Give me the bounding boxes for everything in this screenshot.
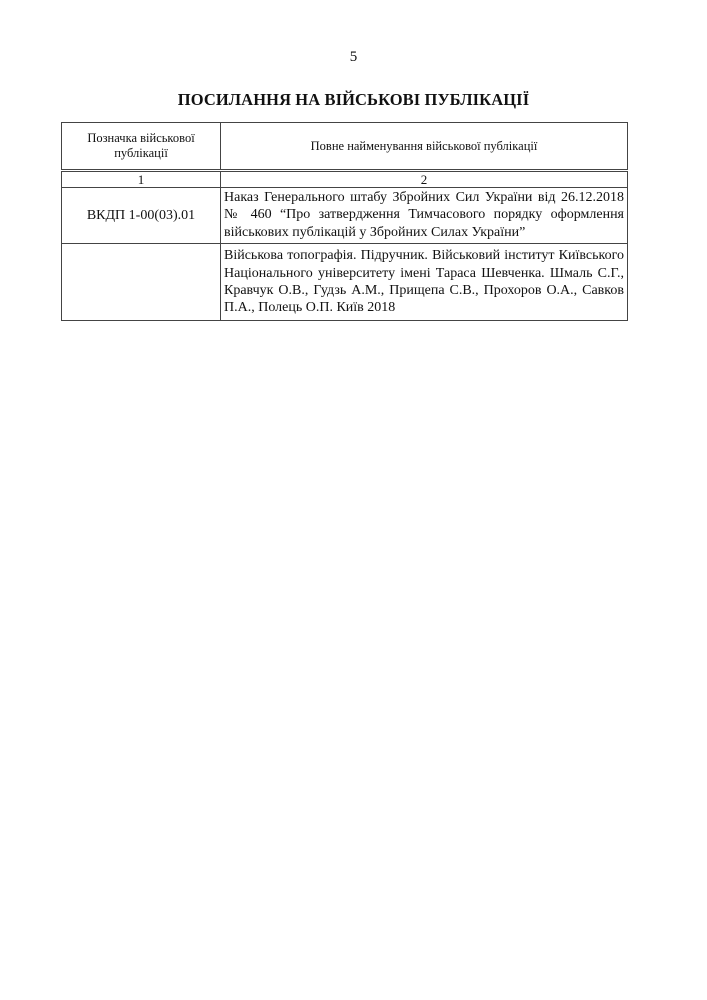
row-full-name: Наказ Генерального штабу Збройних Сил Ук… <box>221 188 628 244</box>
column-number-2: 2 <box>221 171 628 188</box>
table-row: Військова топографія. Підручник. Військо… <box>62 244 628 321</box>
row-designation: ВКДП 1-00(03).01 <box>62 188 221 244</box>
row-designation <box>62 244 221 321</box>
table-row: ВКДП 1-00(03).01 Наказ Генерального штаб… <box>62 188 628 244</box>
publications-table: Позначка військової публікації Повне най… <box>61 122 628 321</box>
column-number-row: 1 2 <box>62 171 628 188</box>
column-number-1: 1 <box>62 171 221 188</box>
page-title: ПОСИЛАННЯ НА ВІЙСЬКОВІ ПУБЛІКАЦІЇ <box>0 90 707 110</box>
row-full-name: Військова топографія. Підручник. Військо… <box>221 244 628 321</box>
header-full-name: Повне найменування військової публікації <box>221 123 628 171</box>
header-designation: Позначка військової публікації <box>62 123 221 171</box>
table-header-row: Позначка військової публікації Повне най… <box>62 123 628 171</box>
page-number: 5 <box>0 49 707 66</box>
